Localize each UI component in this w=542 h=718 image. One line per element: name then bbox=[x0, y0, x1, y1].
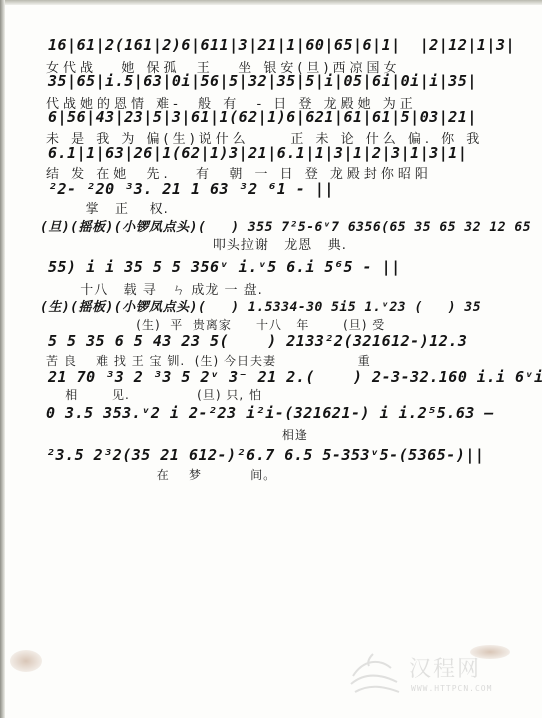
notation-line-1: 16|61|2(161|2)6|611|3|21|1|60|65|6|1| |2… bbox=[48, 36, 515, 54]
lyric-line-9: 苦 良 难 找 王 宝 钏. (生) 今日夫妻 重 bbox=[46, 352, 371, 369]
watermark-name: 汉程网 bbox=[409, 652, 481, 683]
lyric-line-11: 相逢 bbox=[46, 426, 308, 443]
watermark-url: WWW.HTTPCN.COM bbox=[411, 684, 492, 693]
notation-line-2: 35|65|i.5|63|0i|56|5|32|35|5|i|05|6i|0i|… bbox=[48, 72, 477, 90]
notation-line-4: 6.1|1|63|26|1(62|1)3|21|6.1|1|3|1|2|3|1|… bbox=[48, 144, 467, 162]
handwritten-score-page: 16|61|2(161|2)6|611|3|21|1|60|65|6|1| |2… bbox=[0, 0, 542, 718]
notation-line-5: ²2- ²20 ³3. 21 1 63 ³2 ⁶1 - || bbox=[48, 180, 334, 198]
notation-line-12: ²3.5 2³2(35 21 612-)²6.7 6.5 5-353ᵛ5-(53… bbox=[46, 446, 484, 464]
wave-logo-icon bbox=[345, 646, 405, 706]
lyric-line-12: 在 梦 间。 bbox=[46, 466, 276, 483]
notation-line-10: 21 70 ³3 2 ³3 5 2ᵛ 3⁻ 21 2.( ) 2-3-32.16… bbox=[48, 368, 542, 386]
notation-line-3: 6|56|43|23|5|3|61|1(62|1)6|621|61|61|5|0… bbox=[48, 108, 477, 126]
lyric-line-8: (生) 平 贵离家 十八 年 (旦) 受 bbox=[40, 316, 385, 333]
notation-line-9: 5 5 35 6 5 43 23 5( ) 2133²2(321612-)12.… bbox=[48, 332, 467, 350]
notation-line-7: 55) i i 35 5 5 356ᵛ i.ᵛ5 6.i 5⁶5 - || bbox=[48, 258, 401, 276]
notation-line-8: (生)(摇板)(小锣凤点头)( ) 1.5334-30 5i5 1.ᵛ23 ( … bbox=[40, 296, 481, 315]
notation-line-6: (旦)(摇板)(小锣凤点头)( ) 355 7²5-6ᵛ7 6356(65 35… bbox=[40, 216, 531, 235]
lyric-line-6: 叩头拉谢 龙恩 典. bbox=[100, 234, 347, 253]
notation-line-11: 0 3.5 353.ᵛ2 i 2-²23 i²i-(321621-) i i.2… bbox=[46, 404, 494, 422]
lyric-line-10: 相 见. (旦) 只, 怕 bbox=[46, 386, 262, 403]
site-watermark: 汉程网 WWW.HTTPCN.COM bbox=[345, 640, 525, 710]
paper-stain bbox=[10, 650, 42, 672]
lyric-line-5: 掌 正 权. bbox=[60, 198, 169, 217]
